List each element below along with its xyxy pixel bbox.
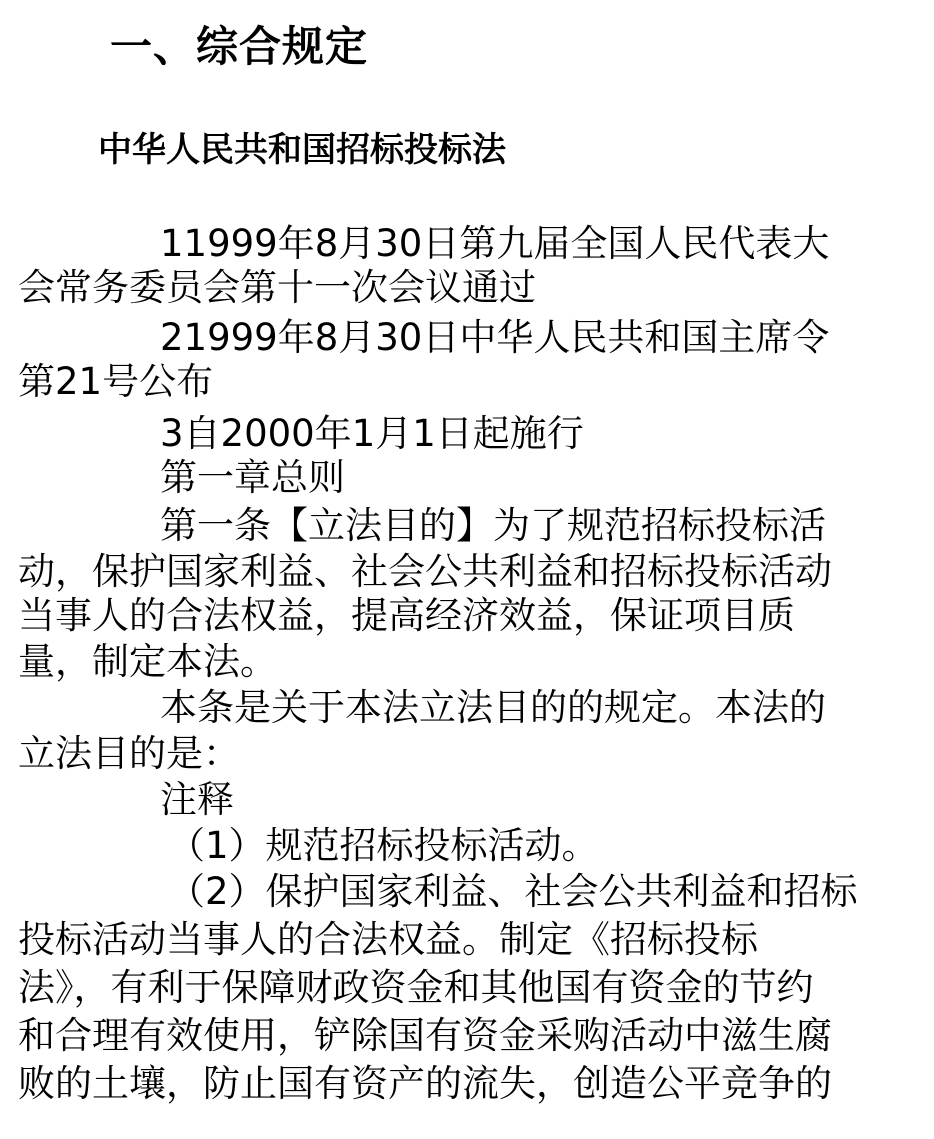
text-line: （1）规范招标投标活动。 <box>168 824 599 868</box>
text-line: 当事人的合法权益，提高经济效益，保证项目质 <box>18 594 795 638</box>
text-line: 21999年8月30日中华人民共和国主席令 <box>160 316 829 360</box>
text-line: 量，制定本法。 <box>18 640 277 684</box>
text-line: 本条是关于本法立法目的的规定。本法的 <box>160 686 826 730</box>
text-line: 第21号公布 <box>18 360 213 404</box>
text-line: 第一条【立法目的】为了规范招标投标活 <box>160 504 826 548</box>
text-line: 投标活动当事人的合法权益。制定《招标投标 <box>18 918 758 962</box>
text-line: 第一章总则 <box>160 456 345 500</box>
text-line: 立法目的是： <box>18 732 240 776</box>
text-line: 会常务委员会第十一次会议通过 <box>18 266 536 310</box>
text-line: 注释 <box>160 778 234 822</box>
text-line: （2）保护国家利益、社会公共利益和招标 <box>168 870 858 914</box>
section-title: 一、综合规定 <box>110 14 368 74</box>
text-line: 法》，有利于保障财政资金和其他国有资金的节约 <box>18 966 814 1010</box>
law-title: 中华人民共和国招标投标法 <box>98 122 506 171</box>
text-line: 和合理有效使用，铲除国有资金采购活动中滋生腐 <box>18 1014 832 1058</box>
text-line: 动，保护国家利益、社会公共利益和招标投标活动 <box>18 550 832 594</box>
text-line: 11999年8月30日第九届全国人民代表大 <box>160 222 829 266</box>
text-line: 败的土壤，防止国有资产的流失，创造公平竞争的 <box>18 1062 832 1106</box>
text-line: 3自2000年1月1日起施行 <box>160 412 584 456</box>
